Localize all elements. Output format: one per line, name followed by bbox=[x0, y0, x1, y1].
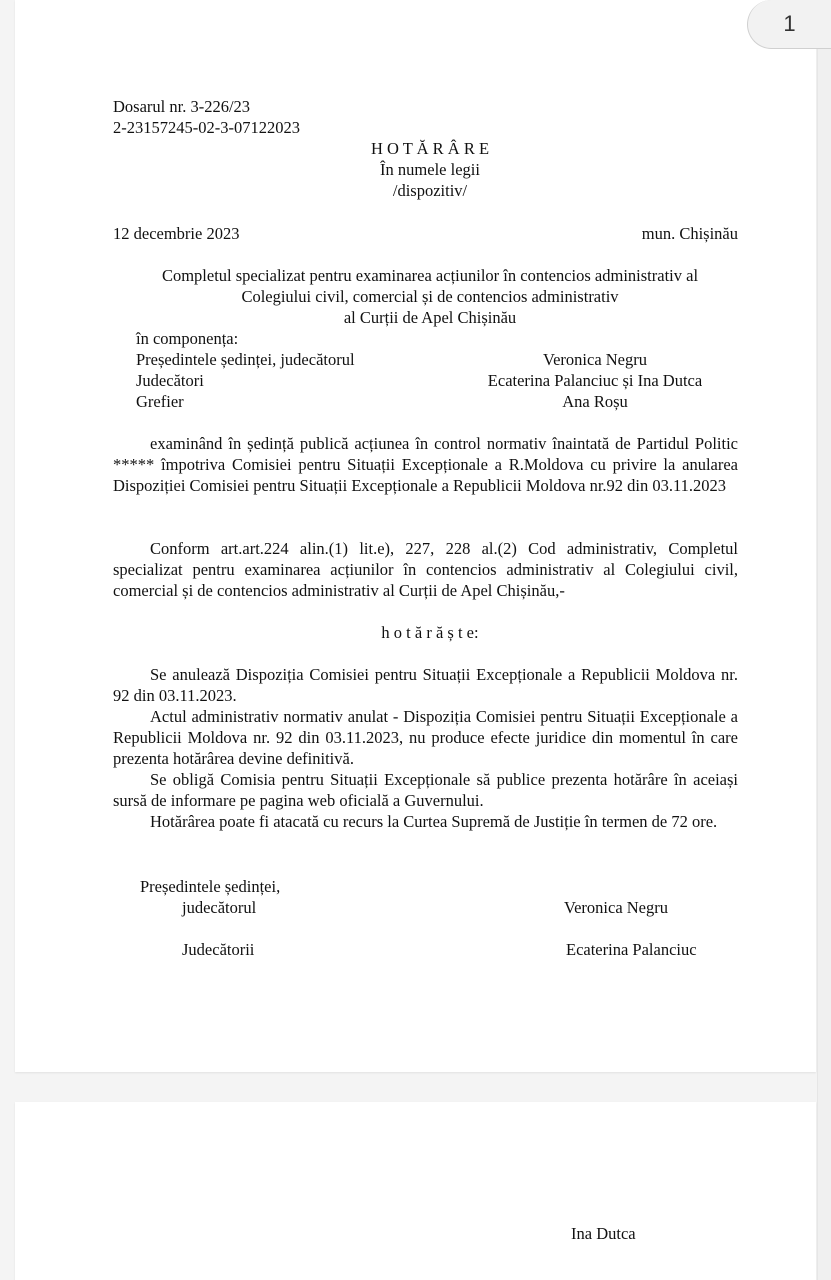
signature-judges-label: Judecătorii bbox=[182, 939, 254, 960]
paragraph-examining: examinând în ședință publică acțiunea în… bbox=[113, 433, 738, 496]
composition-name: Ecaterina Palanciuc și Ina Dutca bbox=[445, 370, 745, 391]
case-id: 2-23157245-02-3-07122023 bbox=[113, 117, 300, 138]
decision-item-1: Se anulează Dispoziția Comisiei pentru S… bbox=[113, 664, 738, 706]
signature-judge-1-name: Ecaterina Palanciuc bbox=[566, 939, 697, 960]
paragraph-conform: Conform art.art.224 alin.(1) lit.e), 227… bbox=[113, 538, 738, 601]
composition-name: Ana Roșu bbox=[445, 391, 745, 412]
document-subtitle-dispozitiv: /dispozitiv/ bbox=[315, 180, 545, 201]
document-title: H O T Ă R Â R E bbox=[315, 138, 545, 159]
decision-location: mun. Chișinău bbox=[642, 223, 738, 244]
signature-president-name: Veronica Negru bbox=[564, 897, 668, 918]
signature-president-label-2: judecătorul bbox=[182, 897, 256, 918]
decision-item-3: Se obligă Comisia pentru Situații Excepț… bbox=[113, 769, 738, 811]
signature-judge-2-name: Ina Dutca bbox=[571, 1223, 636, 1244]
decision-date: 12 decembrie 2023 bbox=[113, 223, 239, 244]
document-page-2: Ina Dutca bbox=[15, 1102, 816, 1280]
panel-line-1: Completul specializat pentru examinarea … bbox=[75, 265, 785, 286]
document-subtitle: În numele legii bbox=[315, 159, 545, 180]
composition-role: Președintele ședinței, judecătorul bbox=[136, 349, 355, 370]
decision-item-2: Actul administrativ normativ anulat - Di… bbox=[113, 706, 738, 769]
document-page-1: Dosarul nr. 3-226/23 2-23157245-02-3-071… bbox=[15, 0, 816, 1072]
composition-role: Judecători bbox=[136, 370, 204, 391]
composition-label: în componența: bbox=[136, 328, 238, 349]
case-number: Dosarul nr. 3-226/23 bbox=[113, 96, 250, 117]
panel-line-2: Colegiului civil, comercial și de conten… bbox=[75, 286, 785, 307]
decision-item-4: Hotărârea poate fi atacată cu recurs la … bbox=[113, 811, 738, 832]
page-number-indicator: 1 bbox=[747, 0, 831, 49]
composition-name: Veronica Negru bbox=[445, 349, 745, 370]
decides-label: h o t ă r ă ș t e: bbox=[315, 622, 545, 643]
panel-line-3: al Curții de Apel Chișinău bbox=[75, 307, 785, 328]
scrollbar[interactable] bbox=[817, 48, 831, 1280]
composition-role: Grefier bbox=[136, 391, 184, 412]
signature-president-label: Președintele ședinței, bbox=[140, 876, 280, 897]
